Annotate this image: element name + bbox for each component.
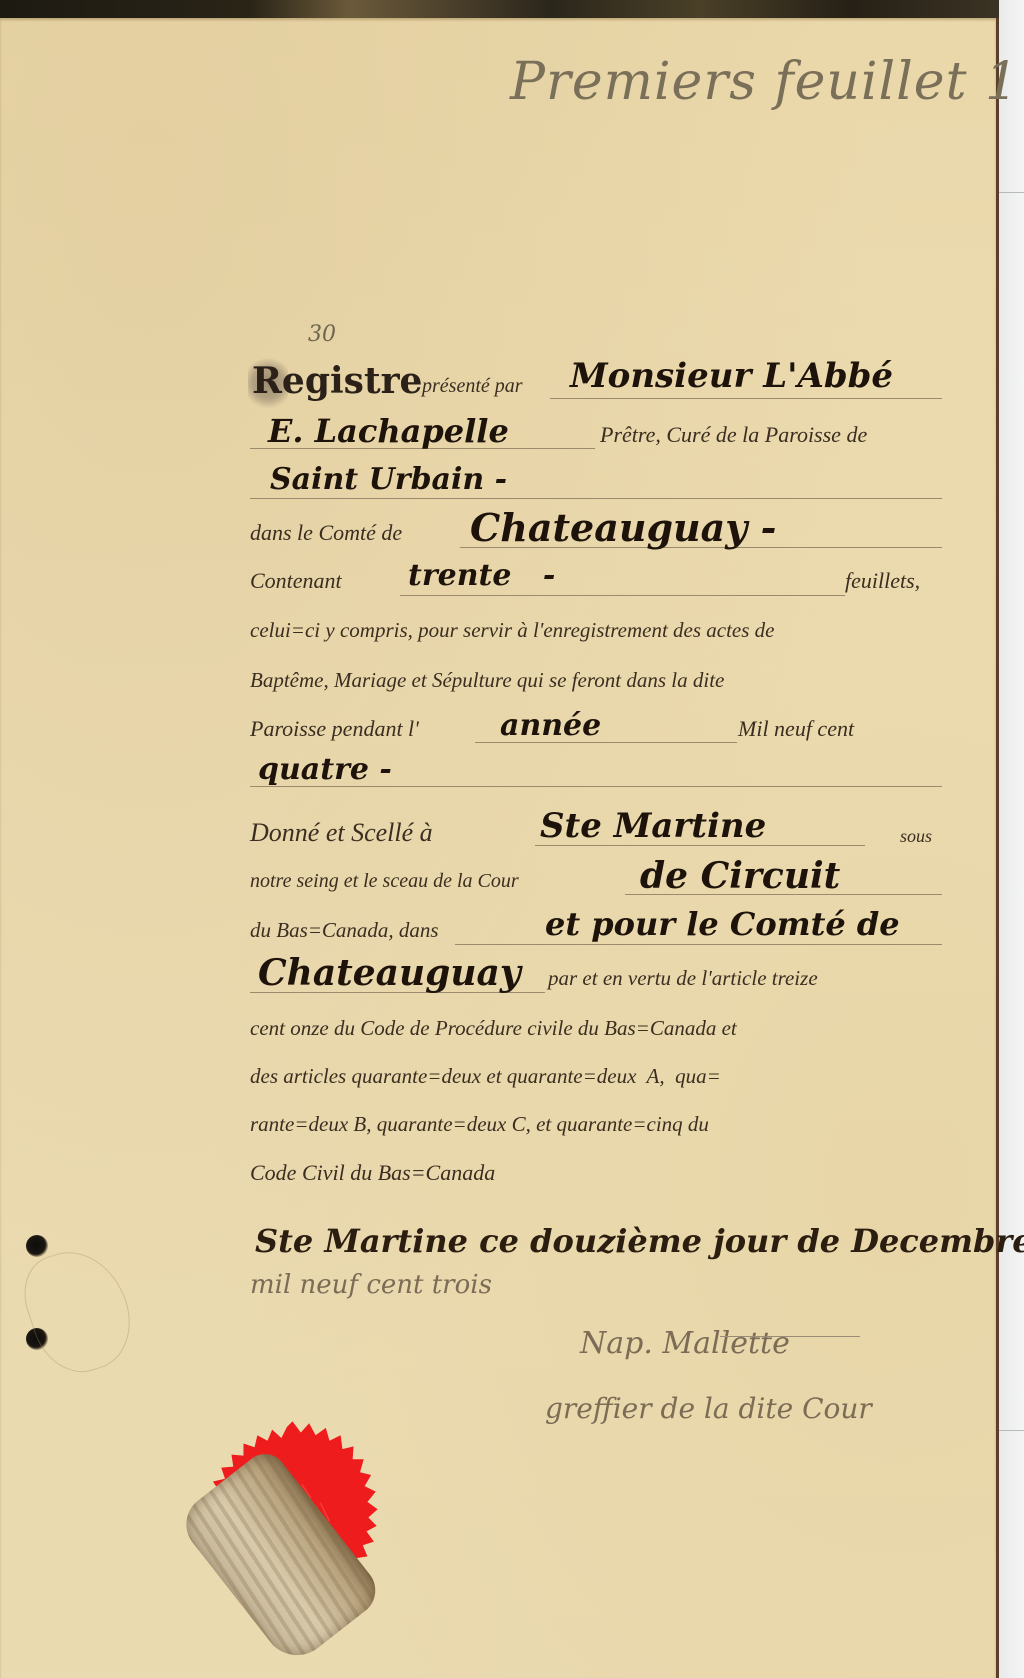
handwritten-entry: et pour le Comté de: [545, 905, 900, 943]
printed-text: des articles quarante=deux et quarante=d…: [250, 1064, 721, 1089]
printed-text: par et en vertu de l'article treize: [548, 966, 818, 991]
printed-text: Paroisse pendant l': [250, 716, 419, 742]
printed-text: notre seing et le sceau de la Cour: [250, 870, 519, 893]
handwritten-entry: Ste Martine: [540, 806, 766, 846]
signature-title: greffier de la dite Cour: [545, 1392, 872, 1425]
book-cover-edge: [0, 0, 1000, 20]
signature: Nap. Mallette: [580, 1326, 790, 1361]
scan-background: [999, 0, 1024, 1678]
printed-text: dans le Comté de: [250, 520, 402, 546]
fill-line: [550, 398, 942, 399]
handwritten-entry: Chateauguay: [258, 952, 521, 994]
printed-registre: Registre: [252, 360, 422, 402]
header-note: Premiers feuillet 1: [510, 52, 1019, 112]
handwritten-entry: Saint Urbain -: [270, 462, 507, 497]
handwritten-entry: quatre -: [258, 752, 392, 787]
handwritten-entry: Chateauguay -: [470, 505, 776, 550]
handwritten-entry: de Circuit: [640, 855, 840, 897]
handwritten-entry: E. Lachapelle: [268, 412, 509, 450]
printed-text: feuillets,: [845, 568, 920, 594]
date-line-2: mil neuf cent trois: [250, 1270, 492, 1300]
fill-line: [455, 944, 942, 945]
printed-text: Mil neuf cent: [738, 716, 854, 742]
handwritten-entry: Monsieur L'Abbé: [570, 356, 893, 396]
printed-text: Prêtre, Curé de la Paroisse de: [600, 422, 867, 448]
printed-text: du Bas=Canada, dans: [250, 918, 439, 943]
printed-text: cent onze du Code de Procédure civile du…: [250, 1016, 737, 1041]
printed-text: Contenant: [250, 568, 342, 594]
handwritten-entry: année: [500, 708, 601, 743]
printed-text: Baptême, Mariage et Sépulture qui se fer…: [250, 668, 724, 693]
handwritten-entry: trente -: [408, 558, 555, 593]
signature-flourish: [720, 1336, 860, 1337]
printed-text: rante=deux B, quarante=deux C, et quaran…: [250, 1112, 709, 1137]
fill-line: [250, 498, 942, 499]
printed-text: celui=ci y compris, pour servir à l'enre…: [250, 618, 775, 643]
court-seal: [160, 1400, 400, 1660]
page-number-note: 30: [308, 322, 336, 347]
fill-line: [400, 595, 845, 596]
printed-text: sous: [900, 826, 932, 847]
printed-text: Donné et Scellé à: [250, 818, 433, 848]
printed-text: Code Civil du Bas=Canada: [250, 1160, 495, 1186]
date-line: Ste Martine ce douzième jour de Decembre: [255, 1222, 1024, 1260]
register-page: [0, 18, 999, 1678]
punch-hole-icon: [26, 1235, 48, 1257]
printed-text: présenté par: [422, 375, 523, 398]
